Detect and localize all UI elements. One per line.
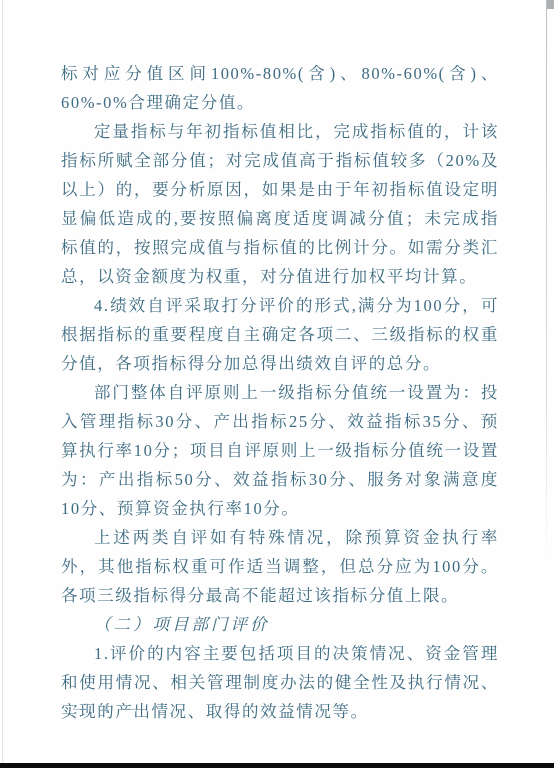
body-paragraph: 4.绩效自评采取打分评价的形式,满分为100分，可根据指标的重要程度自主确定各项… (61, 291, 499, 378)
right-scan-edge-line (546, 0, 547, 565)
left-scan-edge-line (2, 0, 3, 768)
body-paragraph: 部门整体自评原则上一级指标分值统一设置为：投入管理指标30分、产出指标25分、效… (61, 378, 499, 523)
top-right-scan-mark (547, 0, 554, 9)
document-body: 标对应分值区间100%-80%(含)、80%-60%(含)、60%-0%合理确定… (61, 59, 499, 726)
body-paragraph: 上述两类自评如有特殊情况，除预算资金执行率外，其他指标权重可作适当调整，但总分应… (61, 523, 499, 610)
body-paragraph: 定量指标与年初指标值相比，完成指标值的，计该指标所赋全部分值；对完成值高于指标值… (61, 117, 499, 291)
scanned-document-page: 标对应分值区间100%-80%(含)、80%-60%(含)、60%-0%合理确定… (0, 0, 554, 768)
body-paragraph: 标对应分值区间100%-80%(含)、80%-60%(含)、60%-0%合理确定… (61, 59, 499, 117)
page-number: — 4 — (73, 701, 143, 718)
section-heading: （二）项目部门评价 (61, 610, 499, 639)
bottom-scan-bar (0, 763, 554, 768)
